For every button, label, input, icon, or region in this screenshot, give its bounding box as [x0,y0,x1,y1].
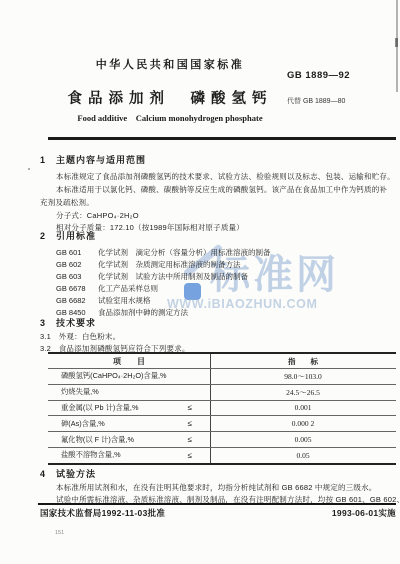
section1-paragraph-line: 本标准规定了食品添加剂磷酸氢钙的技术要求、试验方法、检验规则以及标志、包装、运输… [56,171,395,182]
reference-title: 化工产品采样总则 [98,284,158,293]
spec-table: 项 目 指 标 磷酸氢钙(CaHPO₄·2H₂O)含量,% 98.0～103.0… [48,352,396,465]
reference-standard: GB 6678化工产品采样总则 [56,283,158,294]
row-spec-value: 98.0～103.0 [210,371,396,382]
reference-standard: GB 6682试验室用水规格 [56,295,151,306]
reference-standard: GB 601化学试剂 滴定分析（容量分析）用标准溶液的制备 [56,247,271,258]
table-header-row: 项 目 指 标 [48,354,396,369]
replaces-note: 代替 GB 1889—80 [287,96,345,106]
row-spec-value: 0.001 [210,403,396,412]
table-row: 灼烧失量,% 24.5～26.5 [48,385,396,401]
table-row: 重金属(以 Pb 计)含量,%≤ 0.001 [48,401,396,417]
reference-standard: GB 603化学试剂 试验方法中所用制剂及制品的制备 [56,271,248,282]
section4-paragraph-line: 本标准所用试剂和水，在没有注明其他要求时，均指分析纯试剂和 GB 6682 中规… [56,482,376,493]
row-item-label: 重金属(以 Pb 计)含量,% [61,403,138,413]
reference-code: GB 6678 [56,284,98,293]
section2-heading: 2 引用标准 [40,229,96,242]
reference-title: 试验室用水规格 [98,296,151,305]
watermark-url: WWW.iBIAOZHUN.COM [167,297,317,311]
table-row: 盐酸不溶物含量,%≤ 0.05 [48,448,396,463]
molecular-formula: 分子式：CaHPO₄·2H₂O [56,210,139,221]
reference-title: 化学试剂 试验方法中所用制剂及制品的制备 [98,272,248,281]
leq-sign: ≤ [188,435,192,444]
reference-code: GB 602 [56,260,98,269]
reference-title: 化学试剂 杂质测定用标准溶液的制备方法 [98,260,241,269]
section1-paragraph-line: 本标准适用于以氯化钙、磷酸、碳酸钠等反应生成的磷酸氢钙。该产品在食品加工中作为钙… [56,184,387,195]
implementation-text: 1993-06-01实施 [196,507,396,519]
section3-heading: 3 技术要求 [40,316,96,329]
row-spec-value: 24.5～26.5 [210,387,396,398]
reference-code: GB 601 [56,248,98,257]
document-page: 标准网 WWW.iBIAOZHUN.COM 中华人民共和国国家标准 GB 188… [0,0,400,564]
scan-artifact [395,38,398,47]
column-header-spec: 指 标 [210,356,396,367]
row-item-label: 灼烧失量,% [61,387,99,397]
row-item-label: 砷(As)含量,% [61,419,105,429]
row-spec-value: 0.005 [210,435,396,444]
row-spec-value: 0.000 2 [210,419,396,428]
page-number: 151 [55,530,64,536]
table-row: 氟化物(以 F 计)含量,%≤ 0.005 [48,432,396,448]
watermark-logo-square-icon [184,283,201,300]
reference-title: 化学试剂 滴定分析（容量分析）用标准溶液的制备 [98,248,271,257]
column-header-item: 项 目 [48,356,210,367]
row-item-label: 磷酸氢钙(CaHPO₄·2H₂O)含量,% [61,371,167,381]
approval-text: 国家技术监督局1992-11-03批准 [40,507,165,519]
leq-sign: ≤ [188,419,192,428]
row-item-label: 氟化物(以 F 计)含量,% [61,435,134,445]
header-divider [48,137,396,140]
scan-artifact [28,168,30,170]
leq-sign: ≤ [188,451,192,460]
table-row: 磷酸氢钙(CaHPO₄·2H₂O)含量,% 98.0～103.0 [48,369,396,385]
footer-divider [38,503,396,505]
section1-heading: 1 主题内容与适用范围 [40,153,146,166]
section3-item: 3.1 外观：白色粉末。 [40,331,120,342]
reference-code: GB 6682 [56,296,98,305]
standard-number: GB 1889—92 [287,70,350,81]
table-row: 砷(As)含量,%≤ 0.000 2 [48,416,396,432]
section4-heading: 4 试验方法 [40,467,96,480]
leq-sign: ≤ [188,403,192,412]
section1-paragraph-line: 充剂及疏松剂。 [40,197,94,208]
reference-standard: GB 602化学试剂 杂质测定用标准溶液的制备方法 [56,259,241,270]
document-title-en: Food additive Calcium monohydrogen phosp… [0,112,340,124]
reference-code: GB 603 [56,272,98,281]
reference-title: 食品添加剂中砷的测定方法 [98,308,188,317]
row-spec-value: 0.05 [210,451,396,460]
row-item-label: 盐酸不溶物含量,% [61,450,121,460]
